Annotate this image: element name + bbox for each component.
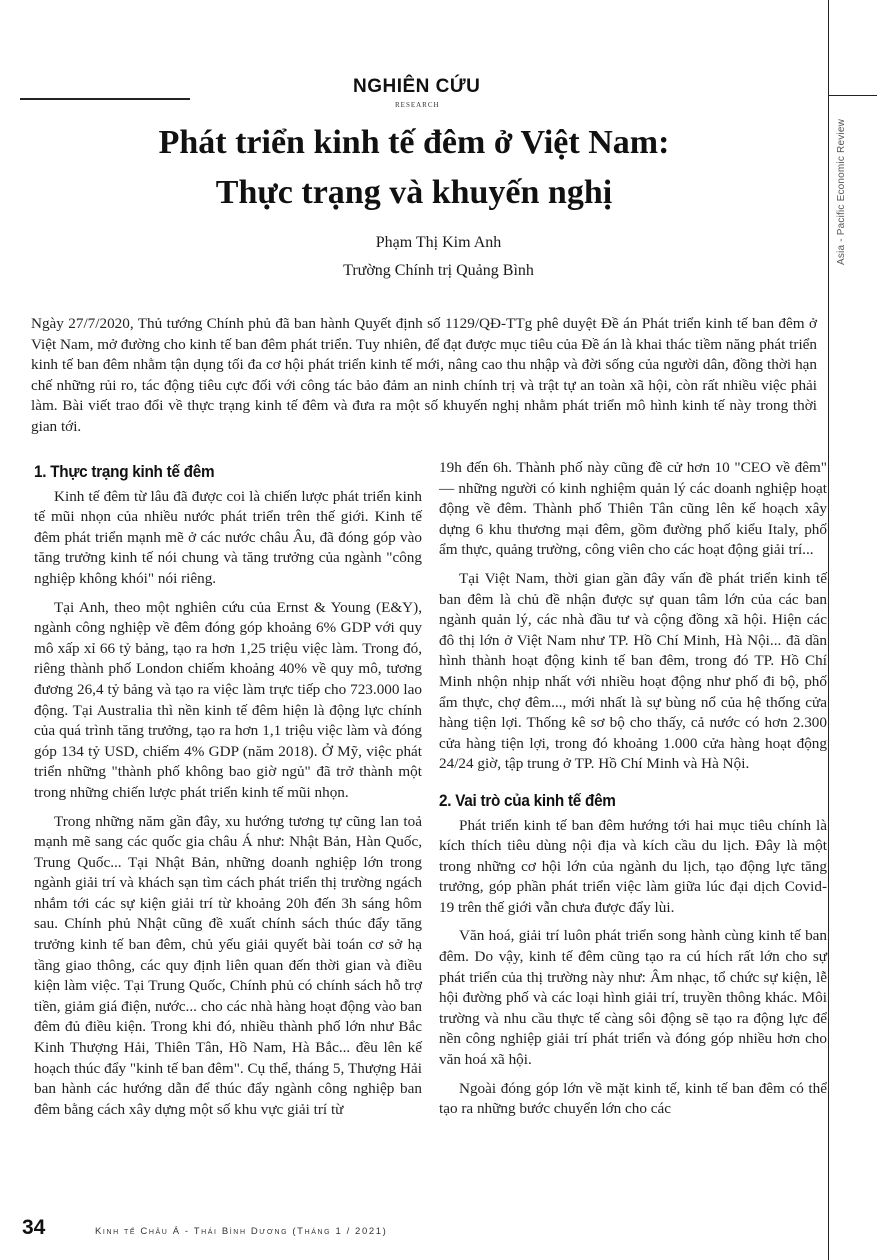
abstract: Ngày 27/7/2020, Thủ tướng Chính phủ đã b… (31, 314, 817, 438)
paragraph: Tại Anh, theo một nghiên cứu của Ernst &… (34, 598, 422, 804)
left-column: 1. Thực trạng kinh tế đêm Kinh tế đêm từ… (34, 462, 422, 1128)
paragraph: Tại Việt Nam, thời gian gần đây vấn đề p… (439, 569, 827, 775)
section-heading-2: 2. Vai trò của kinh tế đêm (439, 791, 788, 812)
article-title: Phát triển kinh tế đêm ở Việt Nam: Thực … (60, 118, 768, 218)
paragraph: Văn hoá, giải trí luôn phát triển song h… (439, 926, 827, 1070)
header-rule-left (20, 98, 190, 100)
paragraph: Ngoài đóng góp lớn về mặt kinh tế, kinh … (439, 1079, 827, 1120)
title-line-2: Thực trạng và khuyến nghị (60, 168, 768, 218)
author-affiliation: Trường Chính trị Quảng Bình (0, 262, 877, 280)
section-heading-1: 1. Thực trạng kinh tế đêm (34, 462, 383, 483)
paragraph-continuation: 19h đến 6h. Thành phố này cũng đề cử hơn… (439, 458, 827, 561)
paragraph: Trong những năm gần đây, xu hướng tương … (34, 812, 422, 1121)
title-line-1: Phát triển kinh tế đêm ở Việt Nam: (60, 118, 768, 168)
paragraph: Phát triển kinh tế ban đêm hướng tới hai… (439, 816, 827, 919)
footer-journal-name: Kinh tế Châu Á - Thái Bình Dương (Tháng … (95, 1226, 387, 1237)
page-border-rule (828, 0, 829, 1260)
paragraph: Kinh tế đêm từ lâu đã được coi là chiến … (34, 487, 422, 590)
section-subtitle: RESEARCH (395, 101, 440, 109)
author-name: Phạm Thị Kim Anh (0, 234, 877, 252)
section-title: NGHIÊN CỨU (210, 76, 877, 98)
right-column: 19h đến 6h. Thành phố này cũng đề cử hơn… (439, 458, 827, 1128)
page-number: 34 (22, 1216, 45, 1240)
section-header: NGHIÊN CỨU RESEARCH (20, 76, 828, 116)
